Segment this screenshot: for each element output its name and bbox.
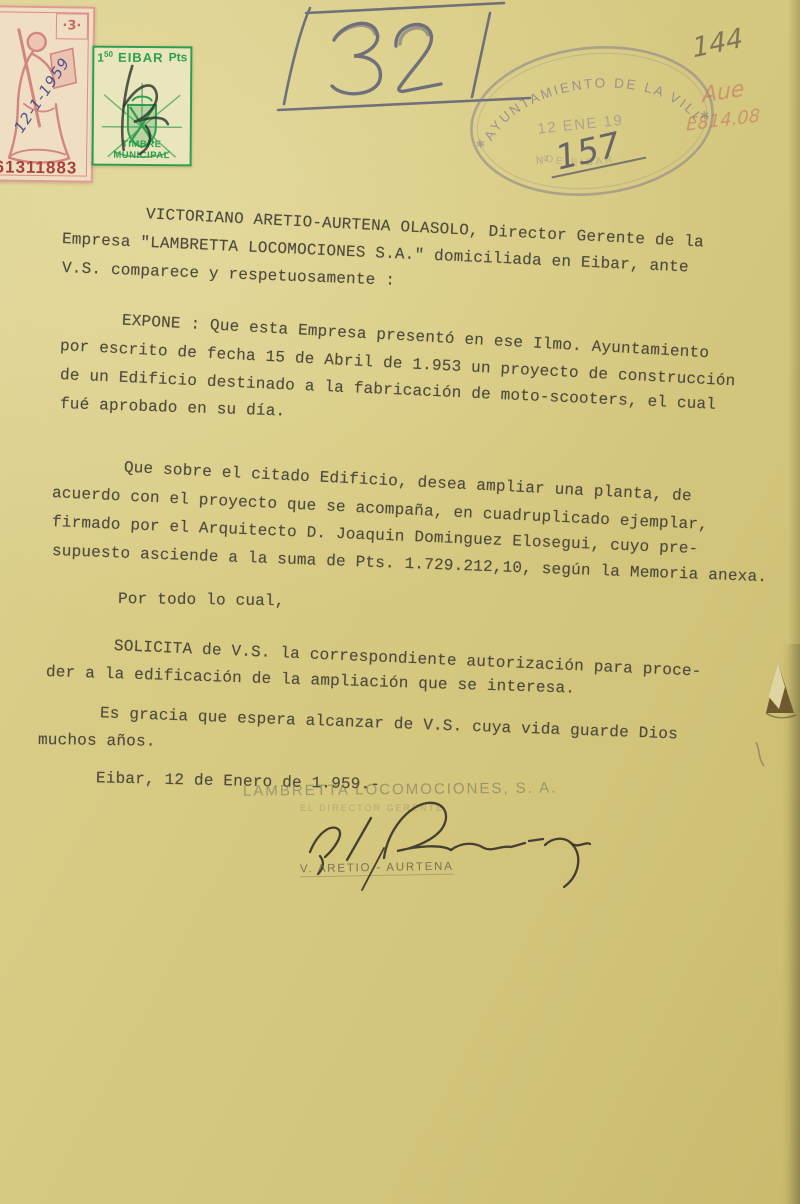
paragraph-expone: EXPONE : Que esta Empresa presentó en es… <box>60 303 736 419</box>
ink-scribble-signature <box>94 48 191 165</box>
paragraph-portodo: Por todo lo cual, <box>50 584 285 613</box>
handwritten-signature <box>250 788 590 898</box>
seal-left-star: ✱ <box>475 137 486 151</box>
paragraph-solicita: SOLICITA de V.S. la correspondiente auto… <box>46 629 702 687</box>
paper-tear <box>762 655 800 735</box>
letter-line: fué aprobado en su día. <box>60 395 286 420</box>
letter-line: Por todo lo cual, <box>118 590 285 610</box>
paragraph-intro: VICTORIANO ARETIO-AURTENA OLASOLO, Direc… <box>62 196 705 283</box>
paragraph-ampliacion: Que sobre el citado Edificio, desea ampl… <box>52 450 768 566</box>
document-page: ·3· 61311883 12-1-1959 150 EIBAR Pts <box>0 0 800 1204</box>
pink-stamp-serial: 61311883 <box>0 157 91 179</box>
paragraph-gracia: Es gracia que espera alcanzar de V.S. cu… <box>38 697 678 755</box>
seal-number-label: Nº <box>535 155 549 167</box>
name-stamp: V. ARETIO - AURTENA <box>300 861 454 878</box>
green-municipal-stamp: 150 EIBAR Pts TIMBRE MUNICIPAL <box>92 46 193 167</box>
pencil-tick-mark <box>752 740 772 770</box>
red-note-line1: Aue <box>702 77 744 109</box>
letter-line: muchos años. <box>38 731 156 751</box>
pink-fiscal-stamp: ·3· 61311883 12-1-1959 <box>0 5 95 182</box>
